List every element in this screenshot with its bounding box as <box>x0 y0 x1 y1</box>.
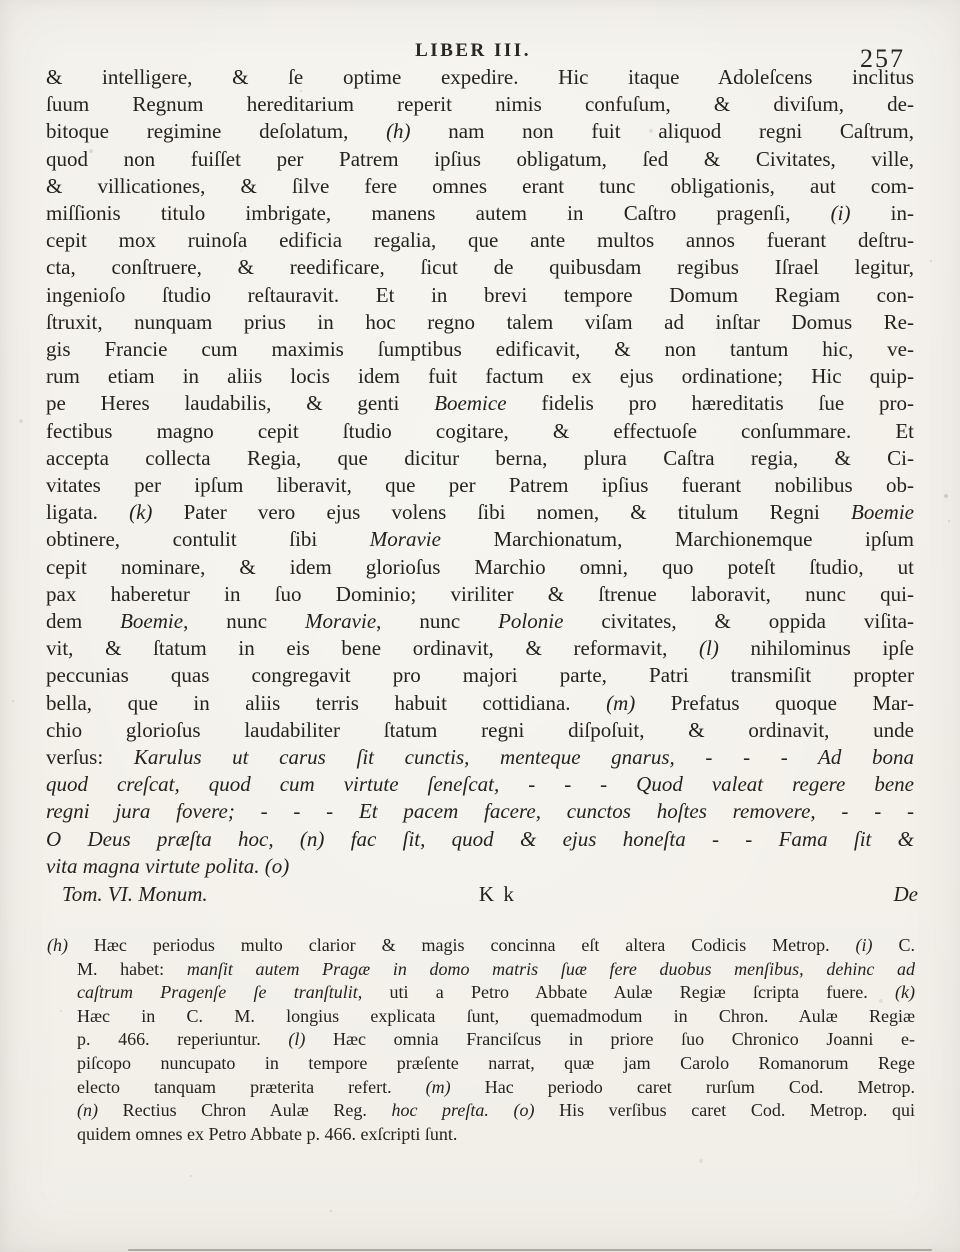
text-line: & intelligere, & ſe optime expedire. Hic… <box>46 64 914 91</box>
text-line: quod non fuiſſet per Patrem ipſius oblig… <box>46 146 914 173</box>
text-line: ſtruxit, nunquam prius in hoc regno tale… <box>46 309 914 336</box>
text-line: piſcopo nuncupato in tempore præſente na… <box>77 1052 915 1076</box>
text-line: regni jura fovere; - - - Et pacem facere… <box>46 798 914 825</box>
text-line: peccunias quas congregavit pro majori pa… <box>46 662 914 689</box>
scan-speckles <box>0 0 2 2</box>
text-line: rum etiam in aliis locis idem fuit factu… <box>46 363 914 390</box>
text-line: quod creſcat, quod cum virtute ſeneſcat,… <box>46 771 914 798</box>
text-line: p. 466. reperiuntur. (l) Hæc omnia Franc… <box>77 1028 915 1052</box>
text-line: fectibus magno cepit ſtudio cogitare, & … <box>46 418 914 445</box>
text-line: vit, & ſtatum in eis bene ordinavit, & r… <box>46 635 914 662</box>
text-line: vita magna virtute polita. (o) <box>46 853 914 880</box>
text-line: verſus: Karulus ut carus ſit cunctis, me… <box>46 744 914 771</box>
text-line: pe Heres laudabilis, & genti Boemice fid… <box>46 390 914 417</box>
text-line: accepta collecta Regia, que dicitur bern… <box>46 445 914 472</box>
volume-signature: Tom. VI. Monum. <box>62 882 208 907</box>
book-page: LIBER III. 257 & intelligere, & ſe optim… <box>0 0 960 1252</box>
text-line: caſtrum Pragenſe ſe tranſtulit, uti a Pe… <box>77 981 915 1005</box>
text-line: bella, que in aliis terris habuit cottid… <box>46 690 914 717</box>
footnotes-text: (h) Hæc periodus multo clarior & magis c… <box>77 934 915 1146</box>
text-line: ingenioſo ſtudio reſtauravit. Et in brev… <box>46 282 914 309</box>
text-line: M. habet: manſit autem Pragæ in domo mat… <box>77 958 915 982</box>
text-line: pax haberetur in ſuo Dominio; viriliter … <box>46 581 914 608</box>
text-line: ligata. (k) Pater vero ejus volens ſibi … <box>46 499 914 526</box>
text-line: (h) Hæc periodus multo clarior & magis c… <box>77 934 915 958</box>
text-line: bitoque regimine deſolatum, (h) nam non … <box>46 118 914 145</box>
running-title: LIBER III. <box>415 40 531 62</box>
text-line: obtinere, contulit ſibi Moravie Marchion… <box>46 526 914 553</box>
text-line: cepit nominare, & idem glorioſus Marchio… <box>46 554 914 581</box>
text-line: & villicationes, & ſilve fere omnes eran… <box>46 173 914 200</box>
text-line: cepit mox ruinoſa edificia regalia, que … <box>46 227 914 254</box>
text-line: (n) Rectius Chron Aulæ Reg. hoc preſta. … <box>77 1099 915 1123</box>
text-line: dem Boemie, nunc Moravie, nunc Polonie c… <box>46 608 914 635</box>
quire-signature: K k <box>479 882 516 907</box>
signature-row: Tom. VI. Monum. K k De <box>46 882 914 910</box>
text-line: Hæc in C. M. longius explicata ſunt, que… <box>77 1005 915 1029</box>
text-line: gis Francie cum maximis ſumptibus edific… <box>46 336 914 363</box>
text-line: quidem omnes ex Petro Abbate p. 466. exſ… <box>77 1123 915 1147</box>
text-line: miſſionis titulo imbrigate, manens autem… <box>46 200 914 227</box>
text-line: chio glorioſus laudabiliter ſtatum regni… <box>46 717 914 744</box>
scan-bottom-edge <box>128 1249 932 1251</box>
main-text: & intelligere, & ſe optime expedire. Hic… <box>46 64 914 880</box>
text-line: electo tanquam præterita refert. (m) Hac… <box>77 1076 915 1100</box>
text-line: ſuum Regnum hereditarium reperit nimis c… <box>46 91 914 118</box>
text-line: cta, conſtruere, & reedificare, ſicut de… <box>46 254 914 281</box>
catchword: De <box>894 882 919 907</box>
text-line: O Deus præſta hoc, (n) fac ſit, quod & e… <box>46 826 914 853</box>
text-line: vitates per ipſum liberavit, que per Pat… <box>46 472 914 499</box>
